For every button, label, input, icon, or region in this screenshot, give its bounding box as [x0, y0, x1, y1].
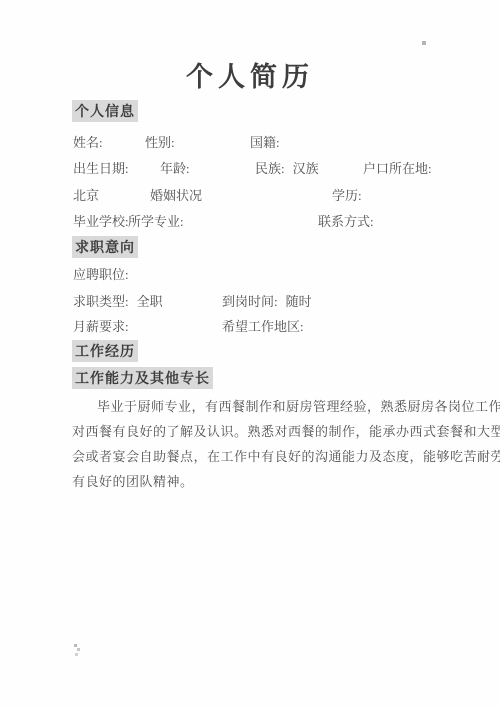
section-header-skills: 工作能力及其他专长: [72, 367, 213, 389]
field-salary: 月薪要求:: [73, 316, 129, 335]
field-name: 姓名:: [73, 132, 103, 151]
field-education: 学历:: [332, 185, 362, 204]
field-desired-region-label: 希望工作地区:: [222, 319, 304, 334]
field-job-type-value: 全职: [137, 294, 163, 309]
field-major-label: 所学专业:: [128, 214, 184, 229]
field-household-location-label-wrap: 户口所在地:: [363, 158, 432, 177]
field-name-label: 姓名:: [73, 135, 103, 150]
section-header-work-experience: 工作经历: [72, 340, 138, 362]
field-household-location-value-wrap: 北京: [73, 185, 99, 204]
field-citizenship-label: 国籍:: [250, 135, 280, 150]
field-household-location-label: 户口所在地:: [363, 161, 432, 176]
field-salary-label: 月薪要求:: [73, 319, 129, 334]
field-ethnicity-value: 汉族: [293, 161, 319, 176]
field-availability: 到岗时间:随时: [222, 291, 312, 310]
field-education-label: 学历:: [332, 188, 362, 203]
field-ethnicity-label: 民族:: [255, 161, 285, 176]
field-position-applied-label: 应聘职位:: [73, 267, 129, 282]
document-title: 个人简历: [0, 55, 500, 94]
field-ethnicity: 民族:汉族: [255, 158, 319, 177]
field-marital-status-label: 婚姻状况: [150, 188, 202, 203]
scan-artifact-top-right: [422, 41, 426, 45]
skills-paragraph-line-4: 有良好的团队精神。: [72, 471, 194, 490]
field-birth-date: 出生日期:: [73, 158, 129, 177]
section-header-personal-info: 个人信息: [72, 100, 138, 122]
field-gender-label: 性别:: [145, 135, 175, 150]
field-availability-label: 到岗时间:: [222, 294, 278, 309]
field-graduate-school: 毕业学校:: [73, 211, 129, 230]
field-birth-date-label: 出生日期:: [73, 161, 129, 176]
field-position-applied: 应聘职位:: [73, 264, 129, 283]
field-age: 年龄:: [160, 158, 190, 177]
skills-paragraph-line-2: 对西餐有良好的了解及认识。熟悉对西餐的制作，能承办西式套餐和大型晚: [72, 421, 500, 440]
skills-paragraph-line-1: 毕业于厨师专业，有西餐制作和厨房管理经验，熟悉厨房各岗位工作，: [97, 396, 500, 415]
field-major: 所学专业:: [128, 211, 184, 230]
field-job-type-label: 求职类型:: [73, 294, 129, 309]
field-graduate-school-label: 毕业学校:: [73, 214, 129, 229]
field-household-location-value: 北京: [73, 188, 99, 203]
field-availability-value: 随时: [286, 294, 312, 309]
field-contact-label: 联系方式:: [318, 214, 374, 229]
field-gender: 性别:: [145, 132, 175, 151]
skills-paragraph-line-3: 会或者宴会自助餐点，在工作中有良好的沟通能力及态度，能够吃苦耐劳，: [72, 446, 500, 465]
field-citizenship: 国籍:: [250, 132, 280, 151]
field-job-type: 求职类型:全职: [73, 291, 163, 310]
scan-artifact-bottom-left: [74, 644, 77, 647]
resume-document-page: 个人简历 个人信息 姓名: 性别: 国籍: 出生日期: 年龄: 民族:汉族 户口…: [0, 0, 500, 708]
section-header-job-intention: 求职意向: [72, 236, 138, 258]
field-marital-status: 婚姻状况: [150, 185, 202, 204]
field-desired-region: 希望工作地区:: [222, 316, 304, 335]
field-contact: 联系方式:: [318, 211, 374, 230]
field-age-label: 年龄:: [160, 161, 190, 176]
